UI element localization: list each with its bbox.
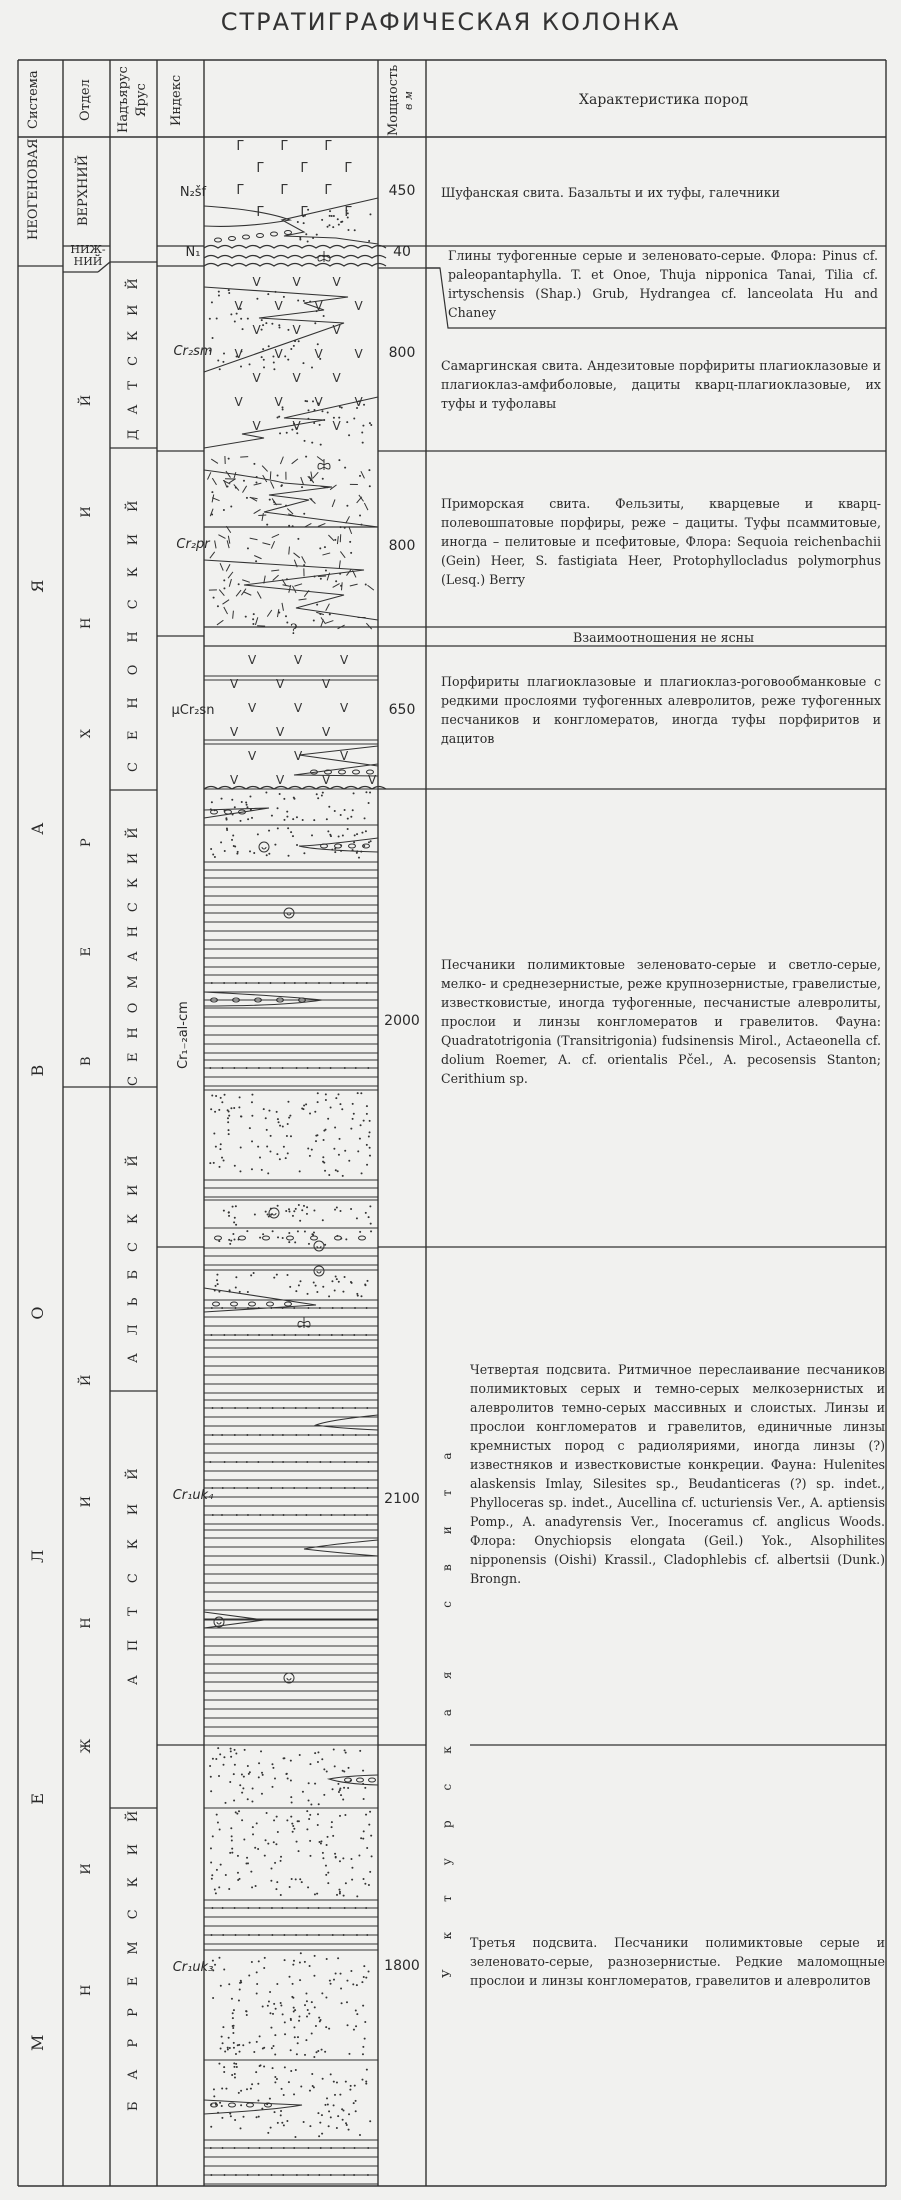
system-neogene: НЕОГЕНОВАЯ	[26, 140, 41, 240]
relation-note: Взаимоотношения не ясны	[426, 630, 901, 645]
svg-text:V: V	[355, 299, 364, 313]
stage-danian: ДАТСКИЙ	[126, 270, 141, 440]
series-neogene-lower-line2: НИЙ	[74, 255, 103, 268]
svg-text:Γ: Γ	[324, 183, 332, 198]
header-thickness: Мощность	[386, 64, 401, 136]
svg-text:V: V	[248, 701, 257, 715]
svg-text:Γ: Γ	[256, 161, 264, 176]
svg-text:Γ: Γ	[344, 161, 352, 176]
thickness-albian-cenomanian: 2000	[377, 1013, 427, 1029]
formation-label-uktur: Уктурская свита	[440, 1290, 454, 2110]
series-neogene-lower: НИЖ-НИЙ	[66, 244, 110, 268]
description-shufan: Шуфанская свита. Базальты и их туфы, гал…	[441, 183, 881, 202]
description-senon-porphyrite: Порфириты плагиоклазовые и плагиоклаз-ро…	[441, 672, 881, 748]
svg-text:Γ: Γ	[236, 183, 244, 198]
description-n1: Глины туфогенные серые и зеленовато-серы…	[448, 246, 878, 322]
svg-text:V: V	[248, 749, 257, 763]
svg-text:V: V	[355, 347, 364, 361]
svg-text:Γ: Γ	[236, 139, 244, 154]
thickness-samarga: 800	[377, 345, 427, 361]
description-samarga: Самаргинская свита. Андезитовые порфирит…	[441, 356, 881, 413]
svg-text:V: V	[315, 395, 324, 409]
stage-senonian: СЕНОНСКИЙ	[126, 460, 141, 790]
index-uktur-4: Cr₁uk₄	[158, 1488, 228, 1503]
svg-text:V: V	[276, 725, 285, 739]
svg-text:V: V	[276, 773, 285, 787]
svg-text:V: V	[315, 347, 324, 361]
svg-text:V: V	[275, 347, 284, 361]
header-stage-super: Надъярус	[116, 66, 131, 134]
svg-text:V: V	[322, 677, 331, 691]
thickness-primorsk: 800	[377, 538, 427, 554]
svg-text:V: V	[235, 299, 244, 313]
index-albian-cenomanian: Cr₁₋₂al-cm	[176, 990, 191, 1080]
svg-text:V: V	[333, 371, 342, 385]
index-senon-porphyrite: μCr₂sn	[158, 703, 228, 718]
unconformity-question-mark: ?	[290, 622, 298, 638]
header-stage: Ярус	[134, 66, 149, 134]
thickness-uktur-4: 2100	[377, 1491, 427, 1507]
svg-text:V: V	[230, 677, 239, 691]
series-neogene-upper: ВЕРХНИЙ	[76, 140, 91, 240]
description-uktur-3: Третья подсвита. Песчаники полимиктовые …	[470, 1933, 885, 1990]
svg-text:Γ: Γ	[300, 205, 308, 220]
svg-text:V: V	[293, 323, 302, 337]
series-cretaceous-upper: ВЕРХНИЙ	[79, 270, 94, 1090]
header-system: Система	[26, 66, 41, 134]
index-samarga: Cr₂sm	[158, 344, 228, 359]
stage-barremian: БАРРЕМСКИЙ	[126, 1760, 141, 2140]
svg-text:Γ: Γ	[280, 183, 288, 198]
description-primorsk: Приморская свита. Фельзиты, кварцевые и …	[441, 494, 881, 589]
thickness-uktur-3: 1800	[377, 1958, 427, 1974]
svg-text:V: V	[294, 749, 303, 763]
svg-text:Γ: Γ	[324, 139, 332, 154]
index-n1: N₁	[158, 245, 228, 260]
svg-text:V: V	[340, 701, 349, 715]
svg-text:V: V	[235, 395, 244, 409]
header-series: Отдел	[78, 66, 93, 134]
svg-text:V: V	[368, 773, 377, 787]
svg-text:Γ: Γ	[280, 139, 288, 154]
thickness-senon-porphyrite: 650	[377, 702, 427, 718]
svg-text:V: V	[253, 275, 262, 289]
svg-text:V: V	[253, 323, 262, 337]
svg-text:Γ: Γ	[300, 161, 308, 176]
stage-aptian: АПТСКИЙ	[126, 1400, 141, 1730]
svg-text:V: V	[294, 653, 303, 667]
index-uktur-3: Cr₁uk₃	[158, 1960, 228, 1975]
svg-text:V: V	[253, 371, 262, 385]
thickness-n1: 40	[377, 244, 427, 260]
svg-text:V: V	[293, 371, 302, 385]
svg-text:V: V	[248, 653, 257, 667]
description-uktur-4: Четвертая подсвита. Ритмичное переслаива…	[470, 1360, 885, 1588]
header-index: Индекс	[169, 66, 184, 134]
thickness-shufan: 450	[377, 183, 427, 199]
index-primorsk: Cr₂pr	[158, 537, 228, 552]
index-shufan: N₂šf	[158, 185, 228, 200]
svg-text:V: V	[276, 677, 285, 691]
svg-text:V: V	[275, 299, 284, 313]
svg-text:V: V	[294, 701, 303, 715]
svg-text:V: V	[322, 725, 331, 739]
svg-text:V: V	[293, 419, 302, 433]
svg-text:V: V	[333, 419, 342, 433]
stage-cenomanian: СЕНОМАНСКИЙ	[126, 800, 141, 1100]
svg-text:V: V	[230, 773, 239, 787]
header-thickness-unit: в м	[402, 64, 415, 136]
svg-text:V: V	[333, 275, 342, 289]
svg-text:V: V	[340, 653, 349, 667]
series-cretaceous-lower: НИЖНИЙ	[79, 1130, 94, 2130]
svg-text:V: V	[230, 725, 239, 739]
svg-text:V: V	[293, 275, 302, 289]
description-albian-cenomanian: Песчаники полимиктовые зеленовато-серые …	[441, 955, 881, 1088]
header-description: Характеристика пород	[426, 92, 901, 108]
stage-albian: АЛЬБСКИЙ	[126, 1120, 141, 1380]
system-cretaceous: МЕЛОВАЯ	[28, 260, 47, 2140]
